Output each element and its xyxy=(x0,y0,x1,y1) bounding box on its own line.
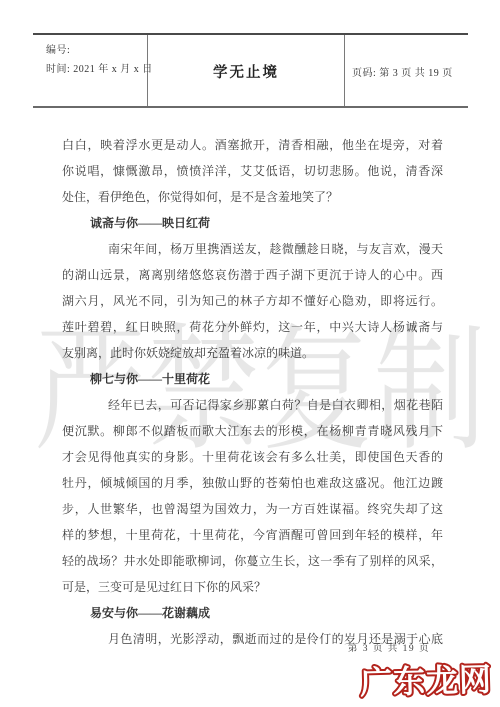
body-line: 样的梦想，十里荷花，十里荷花，今宵酒醒可曾回到年轻的模样，年 xyxy=(62,522,443,548)
svg-text:广东龙网: 广东龙网 xyxy=(360,661,493,700)
header-cell-meta: 编号: 时间: 2021 年 x 月 x 日 xyxy=(33,35,148,106)
section-heading: 易安与你——花谢藕成 xyxy=(62,600,443,626)
body-line: 便沉默。柳郎不似踏板而歌大江东去的形模，在杨柳青青晓风残月下 xyxy=(62,418,443,444)
section-heading: 柳七与你——十里荷花 xyxy=(62,366,443,392)
document-page: 编号: 时间: 2021 年 x 月 x 日 学无止境 页码: 第 3 页 共 … xyxy=(0,0,500,707)
number-label: 编号: xyxy=(46,41,70,56)
body-line: 轻的战场？井水处即能歌柳词，你蔓立生长，这一季有了别样的风采， xyxy=(62,548,443,574)
body-line: 的湖山远景，离离别绪悠悠哀伤潜于西子湖下更沉于诗人的心中。西 xyxy=(62,262,443,288)
body-line: 友别离，此时你妖娆绽放却充盈着冰凉的味道。 xyxy=(62,340,443,366)
body-line: 你说唱，慷慨激昂，愤愤洋洋，艾艾低语，切切悲肠。他说，清香深 xyxy=(62,158,443,184)
header-table: 编号: 时间: 2021 年 x 月 x 日 学无止境 页码: 第 3 页 共 … xyxy=(33,33,468,108)
body-line: 南宋年间，杨万里携酒送友，趁微醺趁日晓，与友言欢，漫天 xyxy=(62,236,443,262)
body-line: 才会见得他真实的身影。十里荷花该会有多么壮美，即使国色天香的 xyxy=(62,444,443,470)
body-line: 白白，映着浮水更是动人。酒塞掀开，清香相融，他坐在堤旁，对着 xyxy=(62,132,443,158)
date-label: 时间: 2021 年 x 月 x 日 xyxy=(46,60,153,75)
footer-page-number: 第 3 页 共 19 页 xyxy=(62,640,430,654)
header-cell-title: 学无止境 xyxy=(148,35,345,106)
body-lines: 白白，映着浮水更是动人。酒塞掀开，清香相融，他坐在堤旁，对着你说唱，慷慨激昂，愤… xyxy=(62,132,443,652)
body-line: 湖六月，风光不同，引为知己的林子方却不懂好心隐劝，即将远行。 xyxy=(62,288,443,314)
header-cell-page: 页码: 第 3 页 共 19 页 xyxy=(345,35,468,106)
section-heading: 诚斋与你——映日红荷 xyxy=(62,210,443,236)
page-label: 页码: 第 3 页 共 19 页 xyxy=(345,64,453,79)
body-line: 步，人世繁华，也曾渴望为国效力，为一方百姓谋福。终究失却了这 xyxy=(62,496,443,522)
body-line: 处住，看伊绝色，你觉得如何，是不是含羞地笑了？ xyxy=(62,184,443,210)
body-line: 可是，三变可是见过红日下你的风采？ xyxy=(62,574,443,600)
document-title: 学无止境 xyxy=(213,61,279,82)
site-logo: 广东龙网 xyxy=(356,656,496,704)
body-line: 牡丹，倾城倾国的月季，独傲山野的苍菊怕也难敌这盛况。他江边踱 xyxy=(62,470,443,496)
body-line: 经年已去，可否记得家乡那蔂白荷？自是白衣卿相，烟花巷陌 xyxy=(62,392,443,418)
body-line: 莲叶碧碧，红日映照，荷花分外鲜灼，这一年，中兴大诗人杨诚斋与 xyxy=(62,314,443,340)
